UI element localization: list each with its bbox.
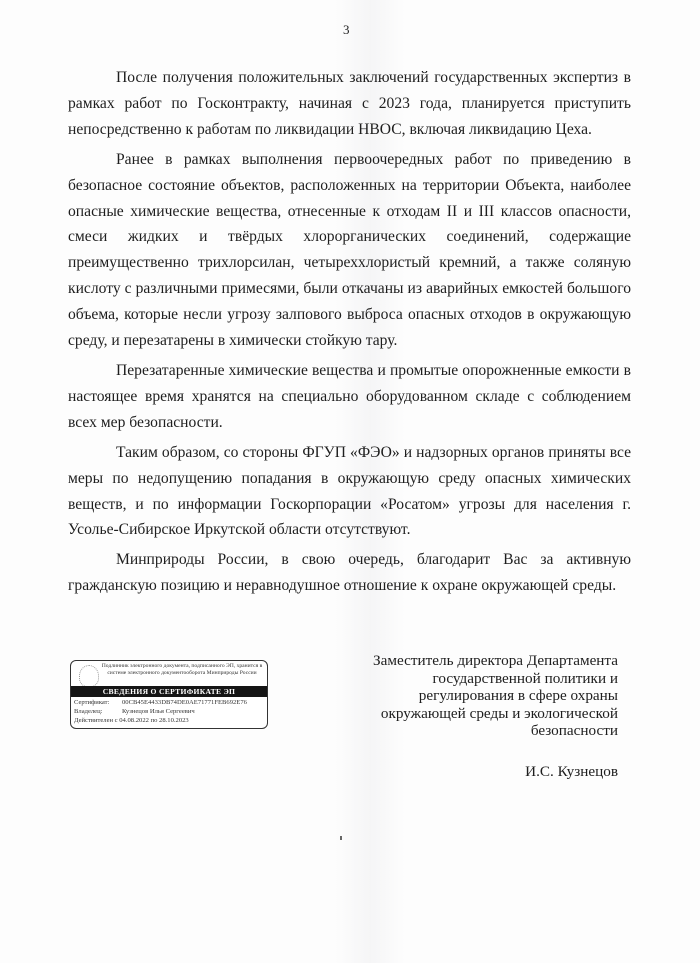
signer-position-line: окружающей среды и экологической [362,705,618,723]
signer-position-line: Заместитель директора Департамента [362,652,618,670]
coat-of-arms-icon [79,665,99,687]
stamp-owner-row: Владелец:Кузнецов Илья Сергеевич [74,708,195,716]
paragraph-thanks: Минприроды России, в свою очередь, благо… [68,547,631,599]
paragraph-expertise: После получения положительных заключений… [68,65,631,143]
paragraph-priority-works: Ранее в рамках выполнения первоочередных… [68,147,631,354]
signer-position-line: государственной политики и [362,670,618,688]
electronic-signature-stamp: Подлинник электронного документа, подпис… [70,660,268,729]
signature-block: Заместитель директора Департамента госуд… [362,652,618,780]
letter-body: После получения положительных заключений… [68,65,631,603]
paragraph-storage: Перезатаренные химические вещества и про… [68,358,631,436]
stamp-certificate-row: Сертификат:00CB45E4433DB74DE0AE71771FEB6… [74,699,247,707]
page-number: 3 [343,22,350,38]
signer-position-line: безопасности [362,722,618,740]
certificate-label: Сертификат: [74,699,122,707]
certificate-value: 00CB45E4433DB74DE0AE71771FEB692E76 [122,699,247,706]
stamp-validity-row: Действителен с 04.08.2022 по 28.10.2023 [74,717,189,725]
signer-position-line: регулирования в сфере охраны [362,687,618,705]
paragraph-conclusion: Таким образом, со стороны ФГУП «ФЭО» и н… [68,440,631,544]
stamp-title: СВЕДЕНИЯ О СЕРТИФИКАТЕ ЭП [71,686,267,697]
owner-label: Владелец: [74,708,122,716]
scan-artifact [340,836,342,840]
stamp-header: Подлинник электронного документа, подпис… [99,663,265,677]
signer-name: И.С. Кузнецов [362,763,618,781]
owner-value: Кузнецов Илья Сергеевич [122,708,195,715]
